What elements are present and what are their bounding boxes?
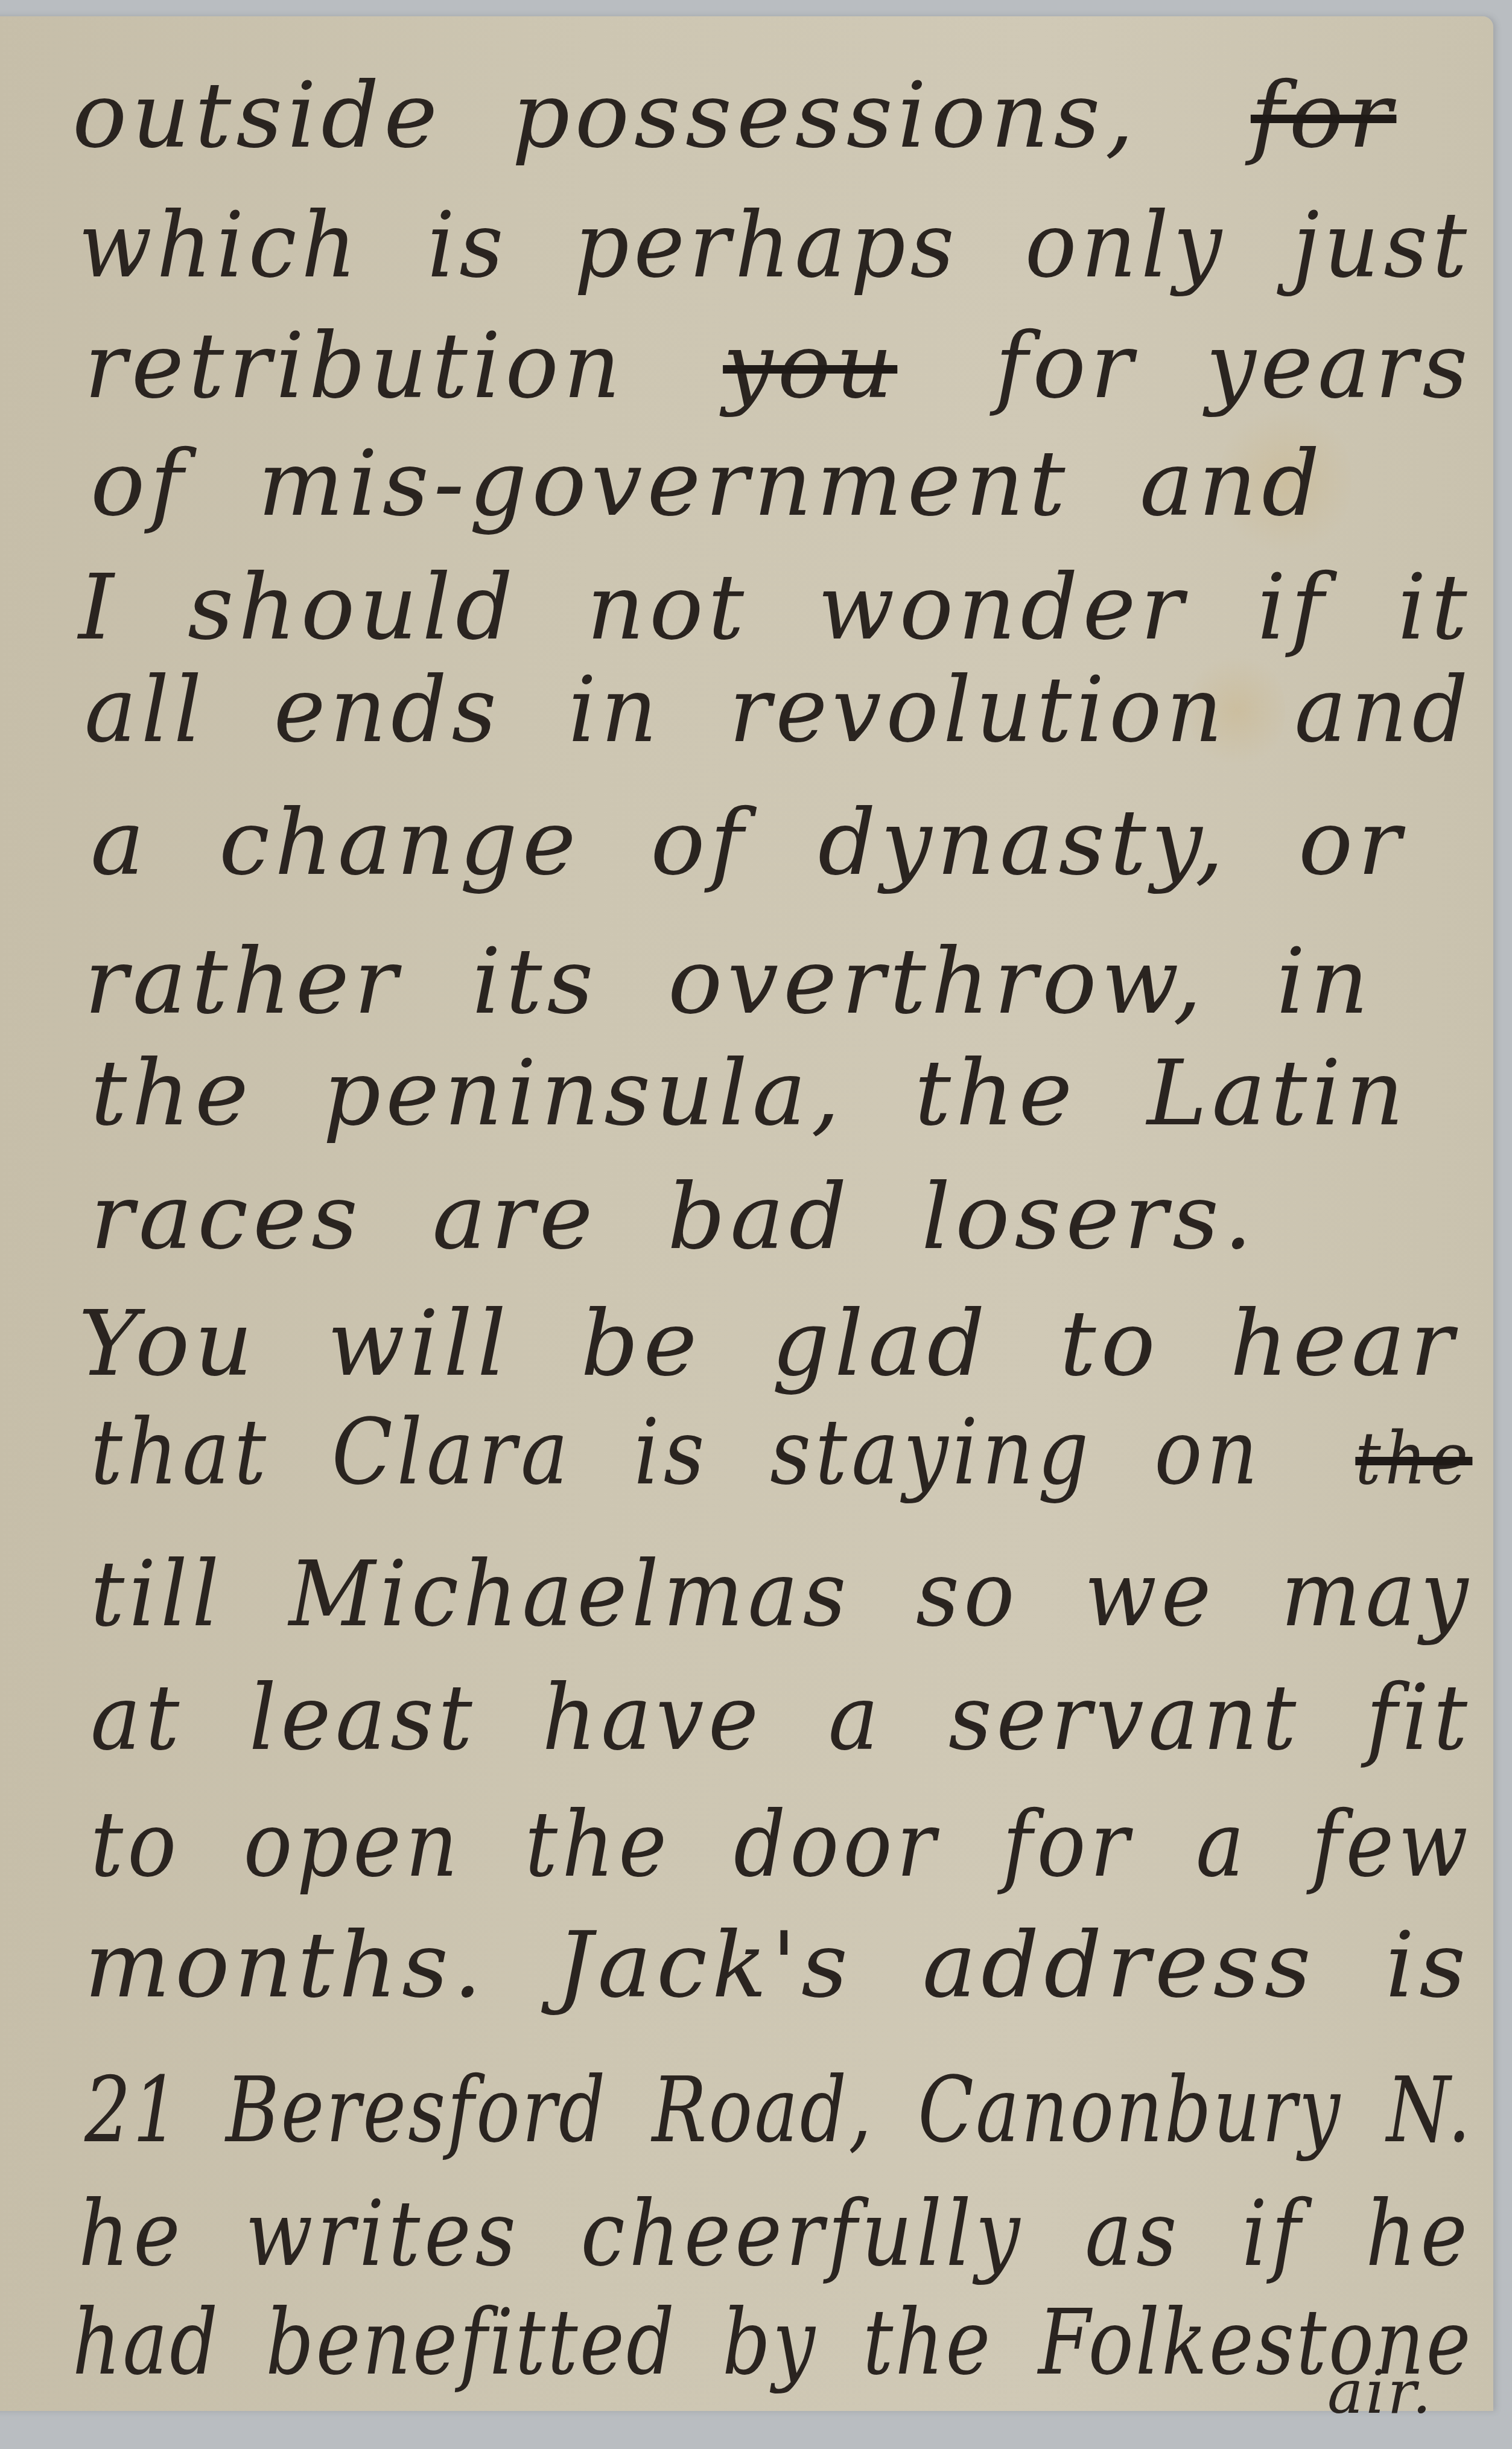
letter-line-14: at least have a servant fit (91, 1666, 1472, 1771)
letter-line-6: all ends in revolution and (84, 658, 1473, 763)
letter-line-15: to open the door for a few (91, 1792, 1472, 1897)
letter-line-18: he writes cheerfully as if he (78, 2182, 1472, 2287)
line-text: retribution (84, 314, 625, 419)
line-text: I should not wonder if it (78, 555, 1472, 660)
letter-line-5: I should not wonder if it (78, 555, 1472, 660)
line-text: the peninsula, the Latin (91, 1041, 1409, 1146)
struck-word: the (1355, 1417, 1472, 1501)
letter-line-10: races are bad losers. (91, 1165, 1257, 1270)
line-text: he writes cheerfully as if he (78, 2182, 1472, 2287)
line-text: which is perhaps only just (78, 193, 1472, 298)
letter-line-4: of mis-government and (91, 432, 1324, 537)
letter-line-7: a change of dynasty, or (91, 791, 1406, 896)
line-text: a change of dynasty, or (91, 791, 1406, 896)
line-text: till Michaelmas so we may (91, 1542, 1473, 1647)
letter-line-17: 21 Beresford Road, Canonbury N. (84, 2058, 1473, 2163)
line-text: that Clara is staying on (91, 1400, 1262, 1505)
line-text: rather its overthrow, in (84, 929, 1373, 1034)
letter-line-12: that Clara is staying on the (91, 1400, 1472, 1505)
line-text: 21 Beresford Road, Canonbury N. (84, 2058, 1473, 2163)
letter-line-1: outside possessions, for (72, 63, 1396, 168)
line-text: for years (995, 314, 1472, 419)
letter-line-8: rather its overthrow, in (84, 929, 1373, 1034)
line-text: air. (1327, 2357, 1434, 2427)
line-text: races are bad losers. (91, 1165, 1257, 1270)
letter-line-11: You will be glad to hear (78, 1291, 1458, 1396)
line-text: had benefitted by the Folkestone (72, 2290, 1473, 2395)
line-text: months. Jack's address is (84, 1913, 1470, 2018)
letter-line-16: months. Jack's address is (84, 1913, 1470, 2018)
line-text: of mis-government and (91, 432, 1324, 537)
letter-line-20: air. (1327, 2357, 1434, 2427)
letter-line-19: had benefitted by the Folkestone (72, 2290, 1473, 2395)
letter-line-3: retribution you for years (84, 314, 1472, 419)
letter-line-13: till Michaelmas so we may (91, 1542, 1473, 1647)
line-text: at least have a servant fit (91, 1666, 1472, 1771)
line-text: outside possessions, (72, 63, 1139, 168)
letter-line-9: the peninsula, the Latin (91, 1041, 1409, 1146)
struck-word: for (1251, 63, 1397, 168)
line-text: You will be glad to hear (78, 1291, 1458, 1396)
letter-line-2: which is perhaps only just (78, 193, 1472, 298)
line-text: all ends in revolution and (84, 658, 1473, 763)
struck-word: you (723, 314, 897, 419)
line-text: to open the door for a few (91, 1792, 1472, 1897)
